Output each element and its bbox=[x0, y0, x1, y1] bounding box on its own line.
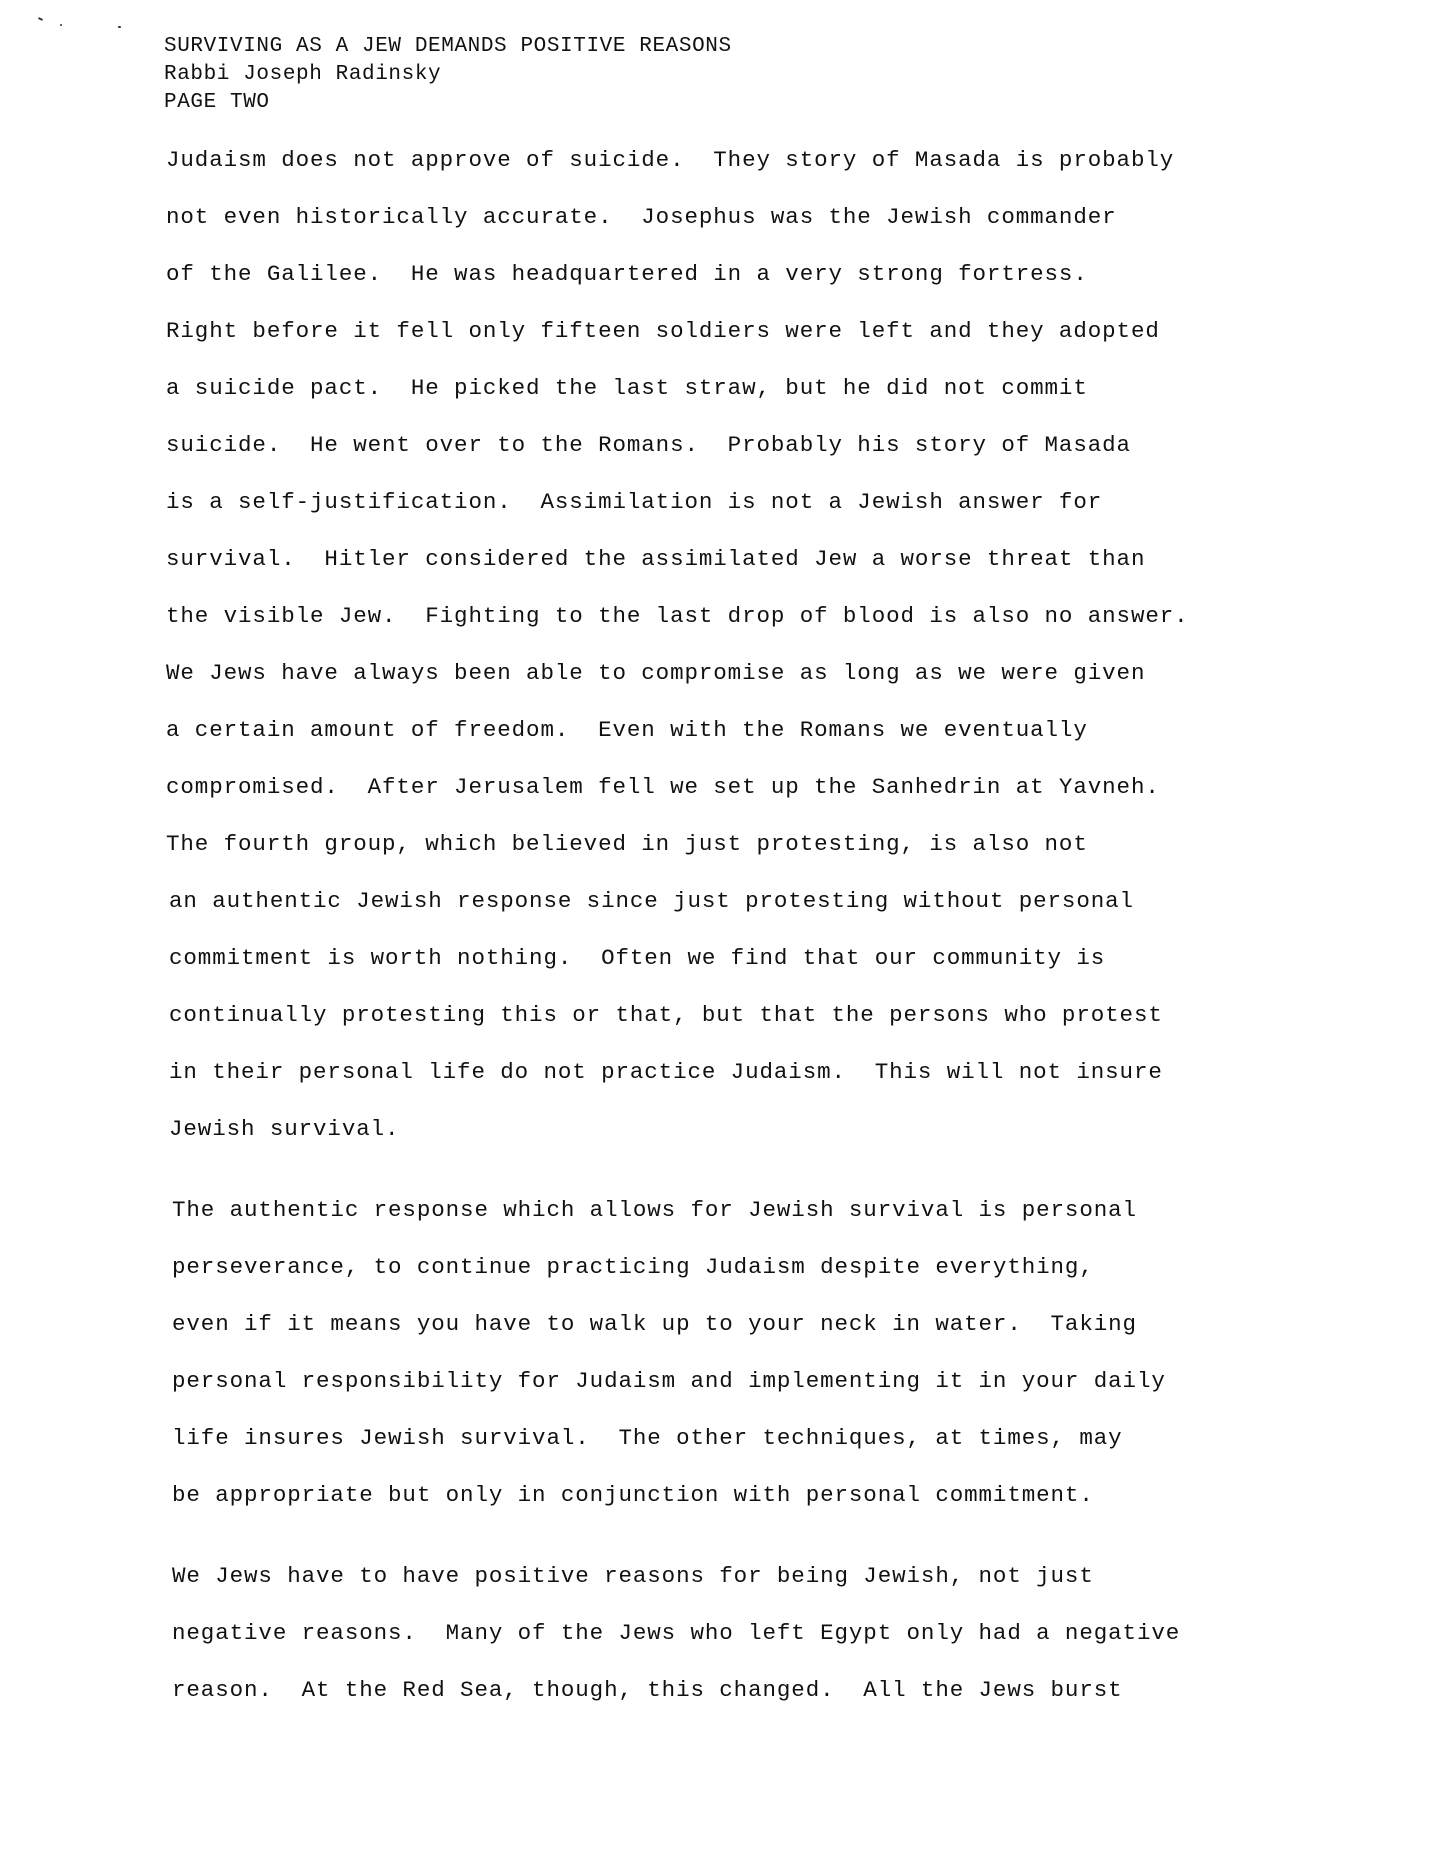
text-line: perseverance, to continue practicing Jud… bbox=[166, 1250, 1189, 1307]
text-line: the visible Jew. Fighting to the last dr… bbox=[166, 599, 1189, 656]
document-author: Rabbi Joseph Radinsky bbox=[164, 61, 732, 89]
text-line: continually protesting this or that, but… bbox=[166, 998, 1189, 1055]
text-line: The fourth group, which believed in just… bbox=[166, 827, 1189, 884]
document-header: SURVIVING AS A JEW DEMANDS POSITIVE REAS… bbox=[164, 33, 732, 117]
text-line: We Jews have to have positive reasons fo… bbox=[166, 1559, 1189, 1616]
paragraph-2: The authentic response which allows for … bbox=[166, 1193, 1189, 1535]
text-line: We Jews have always been able to comprom… bbox=[166, 656, 1189, 713]
text-line: a certain amount of freedom. Even with t… bbox=[166, 713, 1189, 770]
text-line: be appropriate but only in conjunction w… bbox=[166, 1478, 1189, 1535]
text-line: suicide. He went over to the Romans. Pro… bbox=[166, 428, 1189, 485]
text-line: a suicide pact. He picked the last straw… bbox=[166, 371, 1189, 428]
text-line: not even historically accurate. Josephus… bbox=[166, 200, 1189, 257]
text-line: life insures Jewish survival. The other … bbox=[166, 1421, 1189, 1478]
scan-speck bbox=[38, 17, 43, 21]
text-line: of the Galilee. He was headquartered in … bbox=[166, 257, 1189, 314]
text-line: is a self-justification. Assimilation is… bbox=[166, 485, 1189, 542]
text-line: in their personal life do not practice J… bbox=[166, 1055, 1189, 1112]
scan-speck bbox=[60, 24, 62, 26]
text-line: even if it means you have to walk up to … bbox=[166, 1307, 1189, 1364]
text-line: Right before it fell only fifteen soldie… bbox=[166, 314, 1189, 371]
text-line: commitment is worth nothing. Often we fi… bbox=[166, 941, 1189, 998]
text-line: Judaism does not approve of suicide. The… bbox=[166, 143, 1189, 200]
page-label: PAGE TWO bbox=[164, 89, 732, 117]
text-line: The authentic response which allows for … bbox=[166, 1193, 1189, 1250]
text-line: an authentic Jewish response since just … bbox=[166, 884, 1189, 941]
text-line: Jewish survival. bbox=[166, 1112, 1189, 1169]
text-line: negative reasons. Many of the Jews who l… bbox=[166, 1616, 1189, 1673]
paragraph-3: We Jews have to have positive reasons fo… bbox=[166, 1559, 1189, 1730]
document-body: Judaism does not approve of suicide. The… bbox=[166, 143, 1189, 1730]
scan-speck bbox=[118, 26, 121, 28]
text-line: personal responsibility for Judaism and … bbox=[166, 1364, 1189, 1421]
paragraph-1: Judaism does not approve of suicide. The… bbox=[166, 143, 1189, 1169]
text-line: survival. Hitler considered the assimila… bbox=[166, 542, 1189, 599]
text-line: reason. At the Red Sea, though, this cha… bbox=[166, 1673, 1189, 1730]
document-title: SURVIVING AS A JEW DEMANDS POSITIVE REAS… bbox=[164, 33, 732, 61]
text-line: compromised. After Jerusalem fell we set… bbox=[166, 770, 1189, 827]
